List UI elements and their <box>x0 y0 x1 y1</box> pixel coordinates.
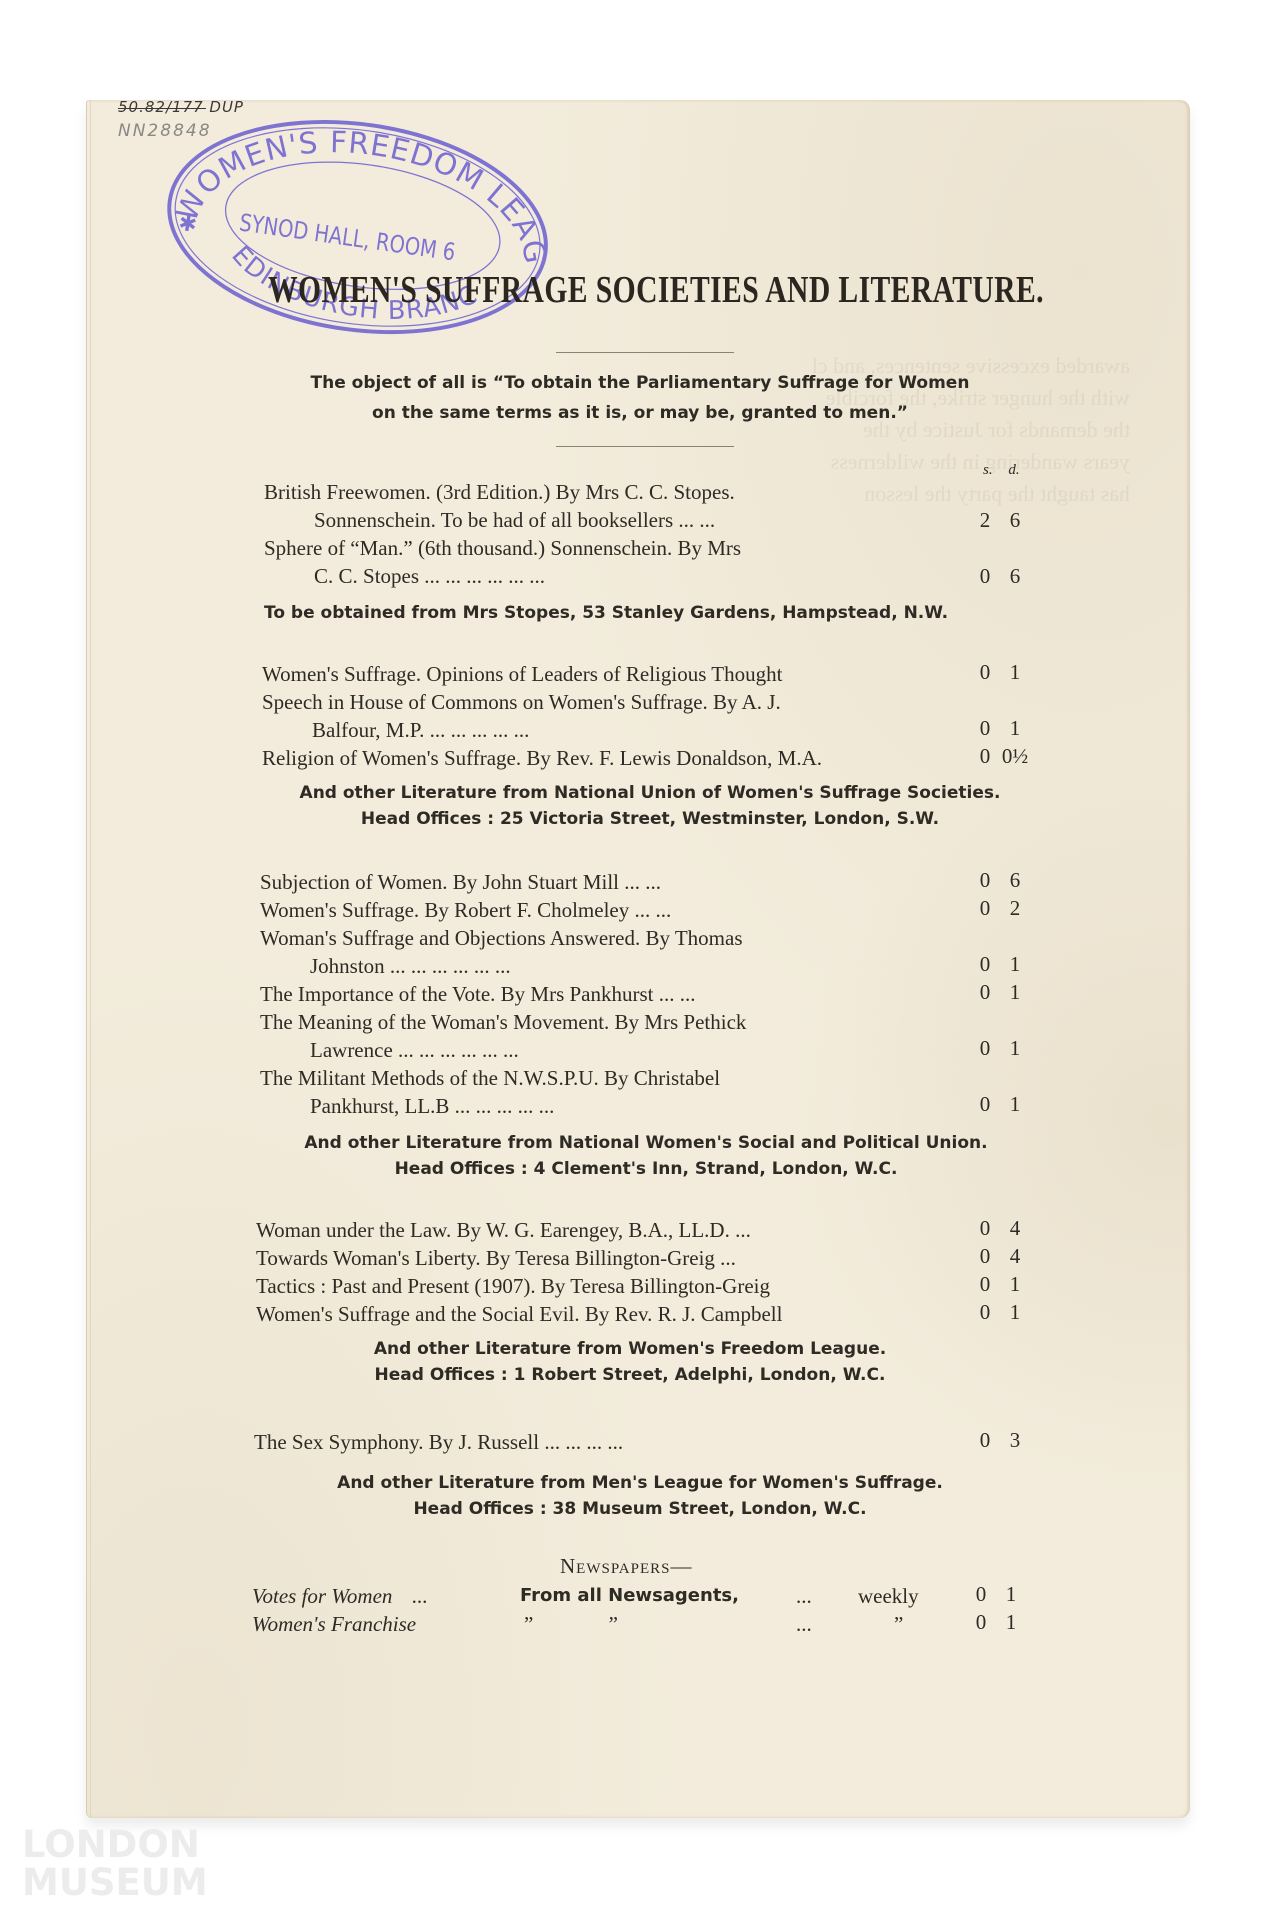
page-title: WOMEN'S SUFFRAGE SOCIETIES AND LITERATUR… <box>268 268 892 312</box>
price: 06 <box>970 564 1030 589</box>
list-item: Sphere of “Man.” (6th thousand.) Sonnens… <box>264 534 741 590</box>
stamp-star-icon: ✱ <box>177 211 199 238</box>
price: 01 <box>970 1272 1030 1297</box>
section-note: To be obtained from Mrs Stopes, 53 Stanl… <box>264 600 948 626</box>
list-item: The Importance of the Vote. By Mrs Pankh… <box>260 980 696 1008</box>
price: 01 <box>970 952 1030 977</box>
shillings-header: s. <box>983 462 993 478</box>
list-item: Towards Woman's Liberty. By Teresa Billi… <box>256 1244 736 1272</box>
section-note: And other Literature from Men's League f… <box>260 1470 1020 1522</box>
list-item: Speech in House of Commons on Women's Su… <box>262 688 781 744</box>
pence-header: d. <box>1008 462 1019 478</box>
london-museum-logo: LONDON MUSEUM <box>22 1826 208 1902</box>
newspaper-item: Votes for Women ... From all Newsagents,… <box>252 1582 1032 1610</box>
list-item: Tactics : Past and Present (1907). By Te… <box>256 1272 770 1300</box>
price: 01 <box>970 660 1030 685</box>
newspaper-item: Women's Franchise ” ” ... ” <box>252 1610 1032 1638</box>
price: 01 <box>970 1092 1030 1117</box>
list-item: The Militant Methods of the N.W.S.P.U. B… <box>260 1064 720 1120</box>
newspapers-heading: Newspapers— <box>560 1552 692 1580</box>
list-item: The Sex Symphony. By J. Russell ... ... … <box>254 1428 623 1456</box>
price: 04 <box>970 1216 1030 1241</box>
list-item: Women's Suffrage. By Robert F. Cholmeley… <box>260 896 671 924</box>
price: 01 <box>966 1582 1026 1607</box>
price: 01 <box>970 716 1030 741</box>
price: 26 <box>970 508 1030 533</box>
price: 04 <box>970 1244 1030 1269</box>
price: 01 <box>966 1610 1026 1635</box>
list-item: Woman under the Law. By W. G. Earengey, … <box>256 1216 751 1244</box>
price-column-header: s. d. <box>983 462 1020 479</box>
price: 01 <box>970 1036 1030 1061</box>
price: 01 <box>970 1300 1030 1325</box>
price: 03 <box>970 1428 1030 1453</box>
list-item: Woman's Suffrage and Objections Answered… <box>260 924 743 980</box>
object-line-2: on the same terms as it is, or may be, g… <box>200 398 1080 428</box>
list-item: Subjection of Women. By John Stuart Mill… <box>260 868 661 896</box>
price: 02 <box>970 896 1030 921</box>
list-item: Women's Suffrage and the Social Evil. By… <box>256 1300 782 1328</box>
section-note: And other Literature from National Women… <box>256 1130 1036 1182</box>
price: 00½ <box>970 744 1030 769</box>
list-item: British Freewomen. (3rd Edition.) By Mrs… <box>264 478 735 534</box>
list-item: Women's Suffrage. Opinions of Leaders of… <box>262 660 782 688</box>
price: 01 <box>970 980 1030 1005</box>
object-line-1: The object of all is “To obtain the Parl… <box>200 368 1080 398</box>
divider-top <box>556 352 734 353</box>
object-statement: The object of all is “To obtain the Parl… <box>200 368 1080 428</box>
divider-bottom <box>556 446 734 447</box>
list-item: Religion of Women's Suffrage. By Rev. F.… <box>262 744 822 772</box>
section-note: And other Literature from National Union… <box>260 780 1040 832</box>
list-item: The Meaning of the Woman's Movement. By … <box>260 1008 746 1064</box>
stamp-center-text: SYNOD HALL, ROOM 6 <box>238 210 457 267</box>
price: 06 <box>970 868 1030 893</box>
section-note: And other Literature from Women's Freedo… <box>300 1336 960 1388</box>
